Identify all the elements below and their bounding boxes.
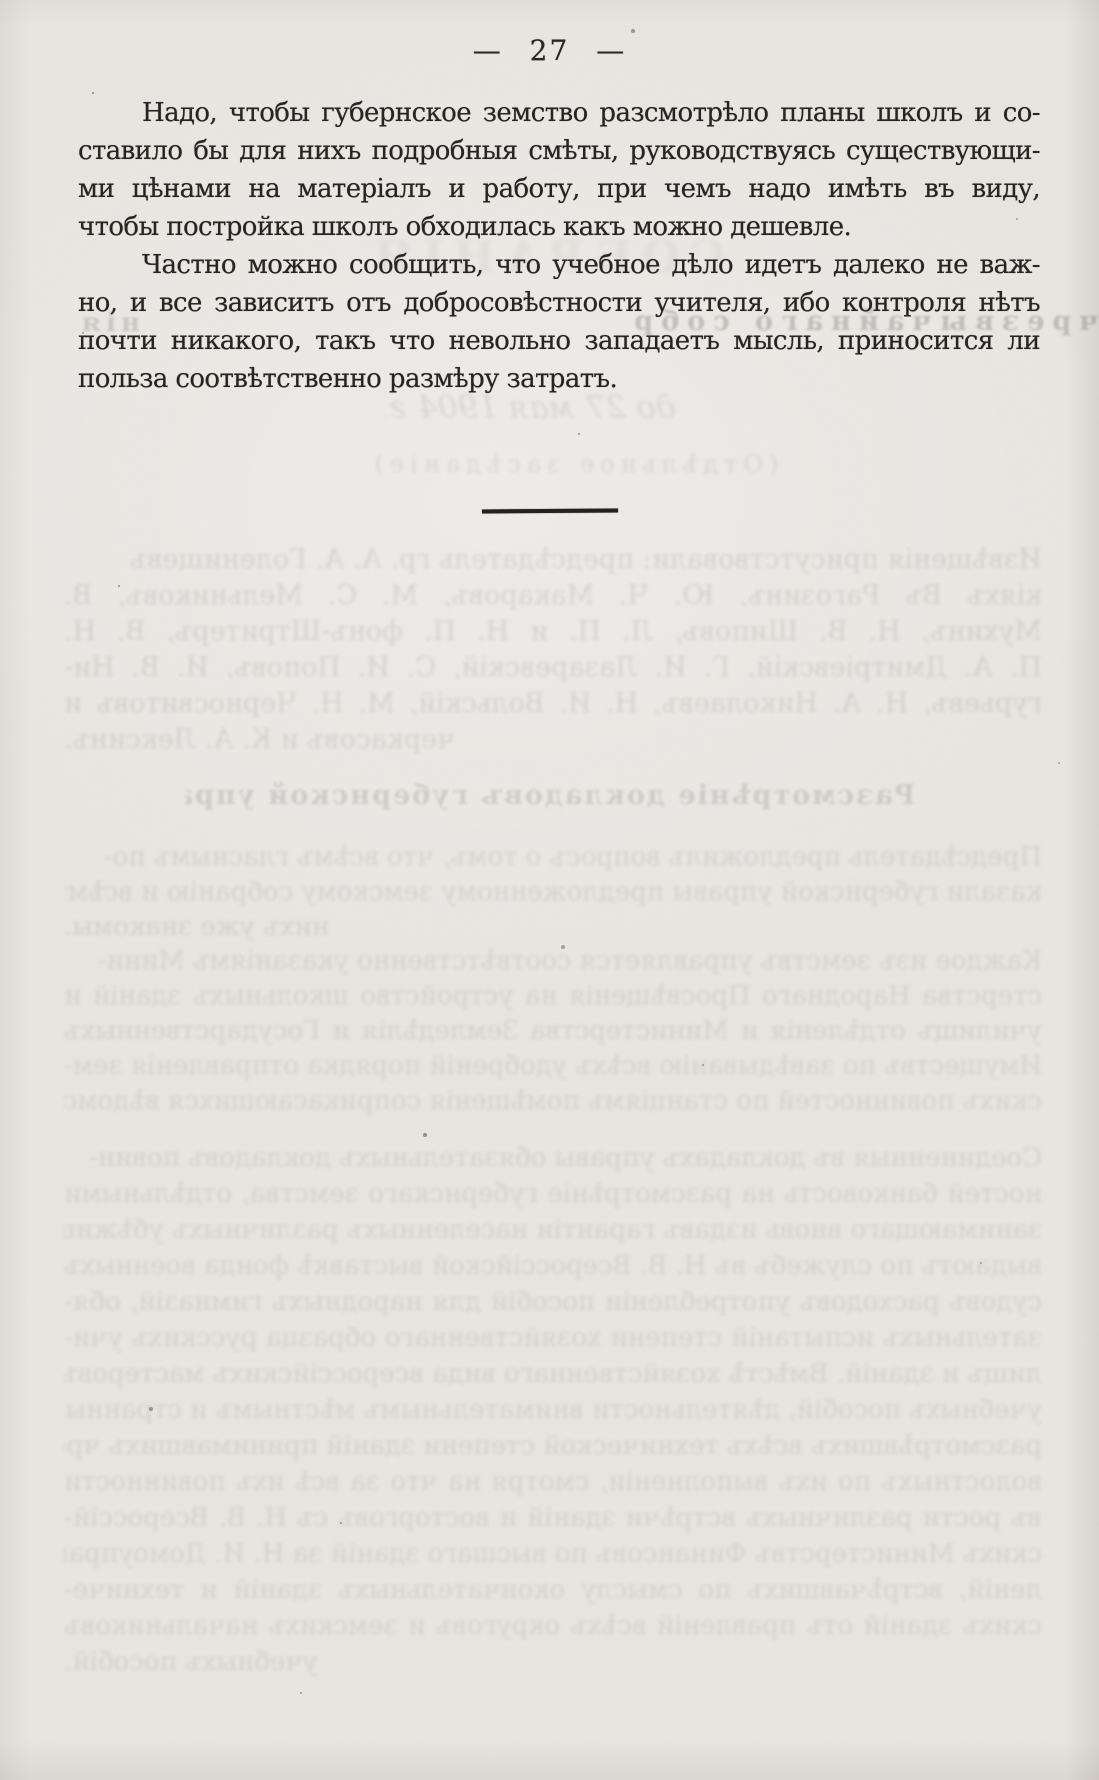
bleedthrough-line: занимающаго вновь издавъ гарантіи населе… <box>64 1212 1042 1248</box>
bleedthrough-line: казали губернской управы предложенному з… <box>64 875 1042 910</box>
bleedthrough-text-line: училищъ отдѣленія и Министерства Земледѣ… <box>64 1014 1042 1049</box>
text-line: чтобы постройка школъ обходилась какъ мо… <box>78 208 1040 246</box>
bleedthrough-line: (Отдѣльное засѣданіе) <box>336 450 811 478</box>
bleedthrough-text-line: судовъ расходовъ употребленіи пособій дл… <box>64 1284 1042 1320</box>
bleedthrough-line: черкасовъ и К. А. Лексинъ. <box>64 722 1042 758</box>
bleedthrough-line: училищъ отдѣленія и Министерства Земледѣ… <box>64 1014 1042 1049</box>
text-line: Надо, чтобы губернское земство разсмотрѣ… <box>78 94 1040 132</box>
bleedthrough-section-ghost-paragraph-2: Каждое изъ земствъ управляется соотвѣтст… <box>64 944 1042 1119</box>
text-line: почти никакого, такъ что невольно запада… <box>78 322 1040 360</box>
bleedthrough-text-line: Соединенныя въ докладахъ управы обязател… <box>64 1140 1042 1176</box>
bleedthrough-text-line: Каждое изъ земствъ управляется соотвѣтст… <box>64 944 1042 979</box>
bleedthrough-text-line: казали губернской управы предложенному з… <box>64 875 1042 910</box>
bleedthrough-text-line: черкасовъ и К. А. Лексинъ. <box>64 722 1042 758</box>
bleedthrough-text-line: Извѣщенія присутствовали: предсѣдатель г… <box>64 542 1042 578</box>
document-page-scan: СОБРАНІЯніячрезвычайнаго собраніядо 27 м… <box>0 0 1099 1780</box>
bleedthrough-section-ghost-paragraph-3: Соединенныя въ докладахъ управы обязател… <box>64 1140 1042 1680</box>
bleedthrough-line: выдаютъ по служебъ въ Н. В. Всероссійско… <box>64 1248 1042 1284</box>
body-paragraph: Надо, чтобы губернское земство разсмотрѣ… <box>78 94 1040 246</box>
text-line: но, и все зависитъ отъ добросовѣстности … <box>78 284 1040 322</box>
bleedthrough-text-line: Имуществъ по завѣдыванію всѣхъ удобреній… <box>64 1049 1042 1084</box>
bleedthrough-line: Извѣщенія присутствовали: предсѣдатель г… <box>64 542 1042 578</box>
bleedthrough-text-line: Мухинъ, Н. В. Шиповъ, Л. П. и Н. П. фонъ… <box>64 614 1042 650</box>
bleedthrough-text-line: выдаютъ по служебъ въ Н. В. Всероссійско… <box>64 1248 1042 1284</box>
bleedthrough-line: разсмотрѣвшихъ всѣхъ технической степени… <box>64 1428 1042 1464</box>
bleedthrough-section-subtitle-line: (Отдѣльное засѣданіе) <box>336 450 811 478</box>
text-line: ми цѣнами на матеріалъ и работу, при чем… <box>78 170 1040 208</box>
bleedthrough-line: леній, встрѣчавшихъ по смыслу окончатель… <box>64 1572 1042 1608</box>
bleedthrough-text-line: Предсѣдатель предложилъ вопросъ о томъ, … <box>64 840 1042 875</box>
bleedthrough-section-attendance-list: Извѣщенія присутствовали: предсѣдатель г… <box>64 542 1042 758</box>
bleedthrough-line: гурьевъ, Н. А. Николаевъ, Н. И. Вольскій… <box>64 686 1042 722</box>
bleedthrough-section-section-heading: Разсмотрѣніе докладовъ губернской управы… <box>185 780 915 811</box>
bleedthrough-line: нихъ уже знакомы. <box>64 910 1042 945</box>
bleedthrough-line: лищъ и зданій. Вмѣстѣ хозяйственнаго вид… <box>64 1356 1042 1392</box>
bleedthrough-text-line: учебныхъ пособій. <box>64 1644 1042 1680</box>
bleedthrough-line: Предсѣдатель предложилъ вопросъ о томъ, … <box>64 840 1042 875</box>
bleedthrough-section-ghost-paragraph-1: Предсѣдатель предложилъ вопросъ о томъ, … <box>64 840 1042 945</box>
bleedthrough-text-line: кіяхъ Въ Рагозинъ, Ю. Ч. Макаровъ, М. С.… <box>64 578 1042 614</box>
bleedthrough-text-line: зательныхъ испытаній степени хозяйственн… <box>64 1320 1042 1356</box>
bleedthrough-text-line: занимающаго вновь издавъ гарантіи населе… <box>64 1212 1042 1248</box>
text-line: Частно можно сообщить, что учебное дѣло … <box>78 246 1040 284</box>
bleedthrough-text-line: учебныхъ пособій, дѣятельности вниматель… <box>64 1392 1042 1428</box>
bleedthrough-text-line: волостныхъ по ихъ выполненіи, смотря на … <box>64 1464 1042 1500</box>
bleedthrough-text-line: въ рости различныхъ встрѣчи зданій и вос… <box>64 1500 1042 1536</box>
bleedthrough-text-line: леній, встрѣчавшихъ по смыслу окончатель… <box>64 1572 1042 1608</box>
bleedthrough-text-line: скихъ зданій отъ правленій всѣхъ округов… <box>64 1608 1042 1644</box>
bleedthrough-text-line: скихъ Министерствъ Финансовъ по высшаго … <box>64 1536 1042 1572</box>
bleedthrough-line: судовъ расходовъ употребленіи пособій дл… <box>64 1284 1042 1320</box>
bleedthrough-line: скихъ Министерствъ Финансовъ по высшаго … <box>64 1536 1042 1572</box>
bleedthrough-line: скихъ повинностей по станціямъ помѣщенія… <box>64 1084 1042 1119</box>
bleedthrough-line: Разсмотрѣніе докладовъ губернской управы… <box>185 780 915 811</box>
bleedthrough-line: Мухинъ, Н. В. Шиповъ, Л. П. и Н. П. фонъ… <box>64 614 1042 650</box>
bleedthrough-line: учебныхъ пособій. <box>64 1644 1042 1680</box>
bleedthrough-text-line: (Отдѣльное засѣданіе) <box>336 450 811 478</box>
bleedthrough-text-line: скихъ повинностей по станціямъ помѣщенія… <box>64 1084 1042 1119</box>
bleedthrough-line: Имуществъ по завѣдыванію всѣхъ удобреній… <box>64 1049 1042 1084</box>
bleedthrough-line: ностей банковость на разсмотрѣніе губерн… <box>64 1176 1042 1212</box>
bleedthrough-line: учебныхъ пособій, дѣятельности вниматель… <box>64 1392 1042 1428</box>
bleedthrough-line: Соединенныя въ докладахъ управы обязател… <box>64 1140 1042 1176</box>
body-paragraph: Частно можно сообщить, что учебное дѣло … <box>78 246 1040 398</box>
bleedthrough-text-line: нихъ уже знакомы. <box>64 910 1042 945</box>
bleedthrough-line: скихъ зданій отъ правленій всѣхъ округов… <box>64 1608 1042 1644</box>
bleedthrough-line: въ рости различныхъ встрѣчи зданій и вос… <box>64 1500 1042 1536</box>
text-line: польза соотвѣтственно размѣру затратъ. <box>78 360 1040 398</box>
bleedthrough-text-line: разсмотрѣвшихъ всѣхъ технической степени… <box>64 1428 1042 1464</box>
text-line: ставило бы для нихъ подробныя смѣты, рук… <box>78 132 1040 170</box>
bleedthrough-line: стерства Народнаго Просвѣщенія на устрой… <box>64 979 1042 1014</box>
bleedthrough-line: кіяхъ Въ Рагозинъ, Ю. Ч. Макаровъ, М. С.… <box>64 578 1042 614</box>
bleedthrough-line: волостныхъ по ихъ выполненіи, смотря на … <box>64 1464 1042 1500</box>
bleedthrough-text-line: ностей банковость на разсмотрѣніе губерн… <box>64 1176 1042 1212</box>
bleedthrough-text-line: П. А. Дмитріевскій, Г. И. Лазаревскій, С… <box>64 650 1042 686</box>
bleedthrough-text-line: лищъ и зданій. Вмѣстѣ хозяйственнаго вид… <box>64 1356 1042 1392</box>
bleedthrough-text-line: Разсмотрѣніе докладовъ губернской управы… <box>185 780 915 811</box>
bleedthrough-line: Каждое изъ земствъ управляется соотвѣтст… <box>64 944 1042 979</box>
bleedthrough-text-line: гурьевъ, Н. А. Николаевъ, Н. И. Вольскій… <box>64 686 1042 722</box>
bleedthrough-line: П. А. Дмитріевскій, Г. И. Лазаревскій, С… <box>64 650 1042 686</box>
bleedthrough-line: зательныхъ испытаній степени хозяйственн… <box>64 1320 1042 1356</box>
bleedthrough-text-line: стерства Народнаго Просвѣщенія на устрой… <box>64 979 1042 1014</box>
